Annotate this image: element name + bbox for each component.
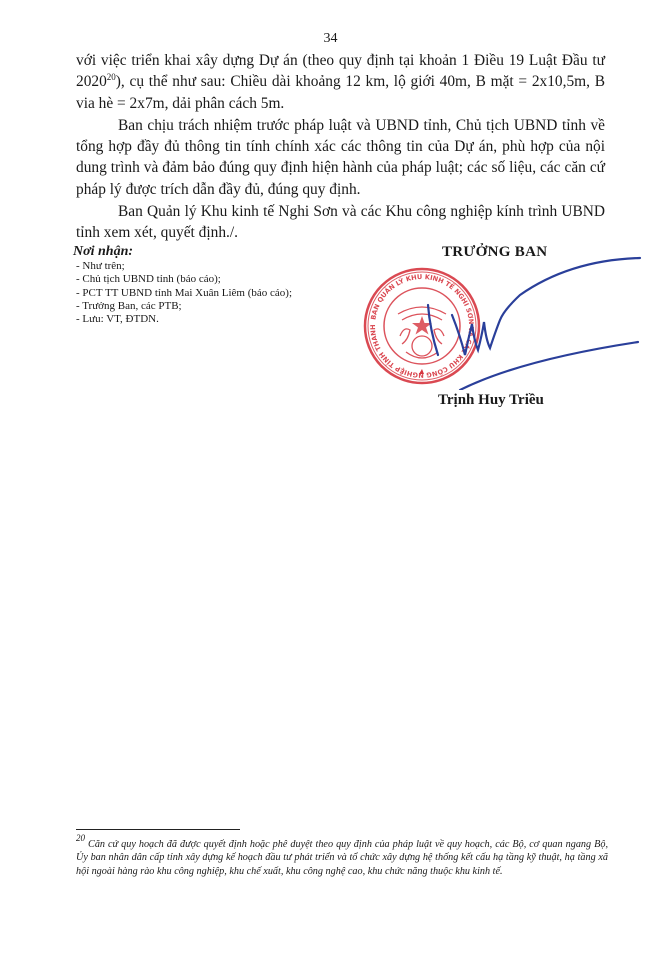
paragraph-continuation: với việc triển khai xây dựng Dự án (theo…: [76, 50, 605, 114]
recipient-item: - Lưu: VT, ĐTDN.: [76, 313, 363, 326]
recipient-item: - Chủ tịch UBND tỉnh (báo cáo);: [76, 273, 363, 286]
paragraph-text: ), cụ thể như sau: Chiều dài khoảng 12 k…: [76, 73, 605, 111]
footnote-separator: [76, 829, 240, 830]
recipient-item: - Như trên;: [76, 260, 363, 273]
footnote-reference[interactable]: 20: [107, 72, 116, 82]
recipients-title: Nơi nhận:: [73, 244, 363, 260]
document-body: với việc triển khai xây dựng Dự án (theo…: [76, 50, 605, 244]
recipients-block: Nơi nhận: - Như trên; - Chủ tịch UBND tỉ…: [73, 244, 363, 326]
footnote-text: Căn cứ quy hoạch đã được quyết định hoặc…: [76, 839, 608, 877]
handwritten-signature-icon: [400, 240, 661, 390]
footnote-number: 20: [76, 833, 85, 843]
page-number: 34: [0, 31, 661, 47]
signer-name: Trịnh Huy Triều: [438, 392, 544, 409]
paragraph-submission: Ban Quản lý Khu kinh tế Nghi Sơn và các …: [76, 201, 605, 244]
recipients-list: - Như trên; - Chủ tịch UBND tỉnh (báo cá…: [73, 260, 363, 326]
signature-block: TRƯỞNG BAN BAN QUẢN LÝ KHU KINH TẾ NGHI …: [360, 240, 661, 420]
footnote: 20 Căn cứ quy hoạch đã được quyết định h…: [76, 838, 608, 878]
paragraph-responsibility: Ban chịu trách nhiệm trước pháp luật và …: [76, 115, 605, 200]
recipient-item: - Trưởng Ban, các PTB;: [76, 300, 363, 313]
recipient-item: - PCT TT UBND tỉnh Mai Xuân Liêm (báo cá…: [76, 287, 363, 300]
